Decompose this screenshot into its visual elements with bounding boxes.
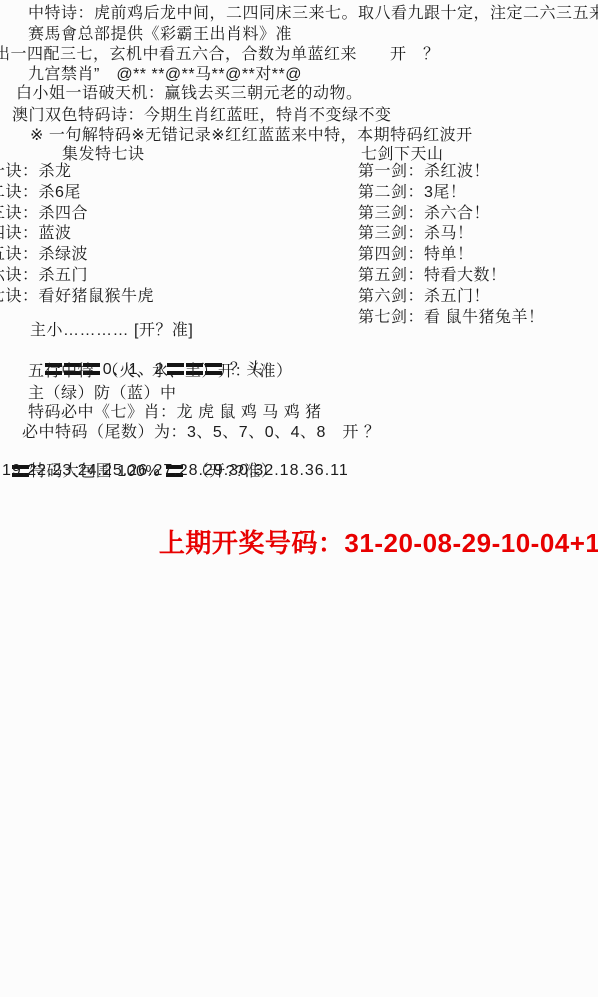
list-item: 五诀：杀绿波	[0, 245, 154, 266]
right-column-list: 第一剑：杀红波！ 第二剑：3尾！ 第三剑：杀六合！ 第三剑：杀马！ 第四剑：特单…	[358, 162, 544, 328]
zhongte-poem-line: 中特诗：虎前鸡后龙中间，二四同床三来七。取八看九跟十定，注定二六三五来。	[28, 4, 598, 23]
jiugong-jinxiao-line: 九宫禁肖” @** **@**马**@**对**@	[28, 65, 302, 84]
list-item: 一诀：杀龙	[0, 162, 154, 183]
list-item: 第六剑：杀五门！	[358, 287, 544, 308]
numbers-list-line: 19.22.23.24.25.26.27.28.29.30.32.18.36.1…	[2, 461, 349, 480]
list-item: 第三剑：杀马！	[358, 224, 544, 245]
baixiaojie-line: 白小姐一语破天机：赢钱去买三朝元老的动物。	[16, 84, 363, 103]
list-item: 第一剑：杀红波！	[358, 162, 544, 183]
list-item: 第四剑：特单！	[358, 245, 544, 266]
list-item: 六诀：杀五门	[0, 266, 154, 287]
previous-draw-label: 上期开奖号码：	[159, 528, 345, 558]
list-item: 第五剑：特看大数！	[358, 266, 544, 287]
aomen-poem-line: 澳门双色特码诗：今期生肖红蓝旺，特肖不变绿不变	[12, 106, 392, 125]
list-item: 第三剑：杀六合！	[358, 204, 544, 225]
bizhong-weishu-line: 必中特码（尾数）为：3、5、7、0、4、8 开 ？	[22, 423, 380, 442]
previous-draw-numbers: 31-20-08-29-10-04+11	[344, 528, 598, 558]
wuxing-line: 五行中特 （火、水、土）开：（准）	[28, 362, 293, 381]
list-item: 四诀：蓝波	[0, 224, 154, 245]
tip-sheet-page: 中特诗：虎前鸡后龙中间，二四同床三来七。取八看九跟十定，注定二六三五来。 赛馬會…	[0, 0, 598, 997]
bizhong-xiao-line: 特码必中《七》肖：龙 虎 鼠 鸡 马 鸡 猪	[28, 403, 322, 422]
list-item: 二诀：杀6尾	[0, 183, 154, 204]
list-item: 三诀：杀四合	[0, 204, 154, 225]
xuanji-line: 出一四配三七，玄机中看五六合，合数为单蓝红来 开 ？	[0, 45, 440, 64]
zhuxiao-line: 主小………… [开？准]	[30, 321, 193, 340]
previous-draw-result: 上期开奖号码：31-20-08-29-10-04+11	[128, 492, 598, 591]
left-column-list: 一诀：杀龙 二诀：杀6尾 三诀：杀四合 四诀：蓝波 五诀：杀绿波 六诀：杀五门 …	[0, 162, 154, 308]
yijujie-line: ※ 一句解特码※无错记录※红红蓝蓝来中特，本期特码红波开	[30, 126, 473, 145]
list-item: 第二剑：3尾！	[358, 183, 544, 204]
list-item: 第七剑：看 鼠牛猪兔羊！	[358, 308, 544, 329]
list-item: 七诀：看好猪鼠猴牛虎	[0, 287, 154, 308]
zhulv-fanglan-line: 主（绿）防（蓝）中	[28, 384, 177, 403]
jockey-club-line: 赛馬會总部提供《彩霸王出肖料》准	[28, 25, 292, 44]
